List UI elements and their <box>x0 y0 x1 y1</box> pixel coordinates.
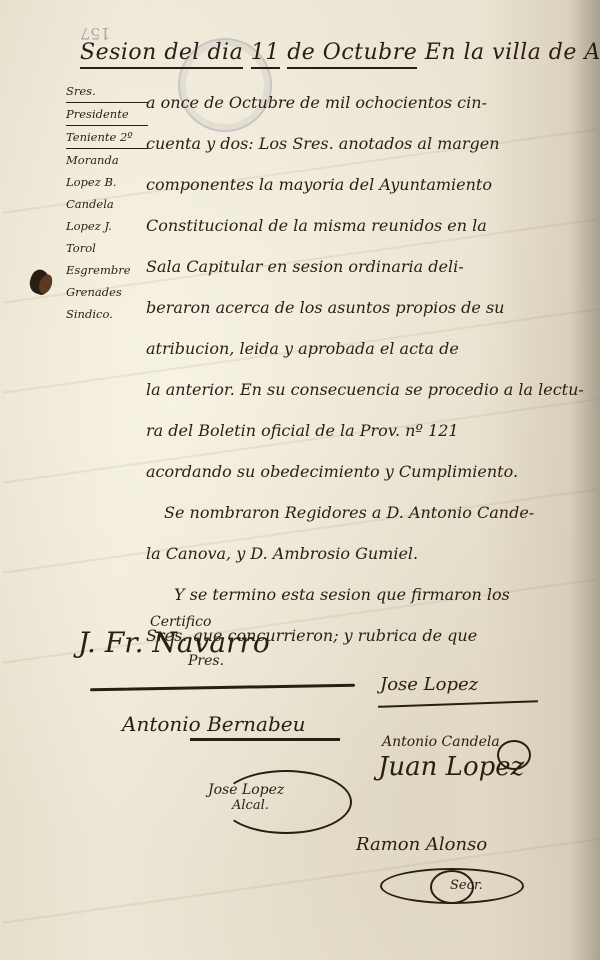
margin-item: Teniente 2º <box>66 126 148 149</box>
signature-juan-lopez: Juan Lopez <box>378 752 524 782</box>
body-line: beraron acerca de los asuntos propios de… <box>146 287 596 328</box>
session-title: Sesion del dia 11 de Octubre En la villa… <box>80 40 600 65</box>
margin-item: Grenades <box>66 281 148 303</box>
body-line: Sala Capitular en sesion ordinaria deli- <box>146 246 596 287</box>
margin-item: Candela <box>66 193 148 215</box>
signature-flourish <box>90 684 355 692</box>
body-line: Y se termino esta sesion que firmaron lo… <box>146 574 596 615</box>
signature-flourish <box>190 738 340 741</box>
signature-candela: Antonio Candela <box>382 734 500 750</box>
body-line: a once de Octubre de mil ochocientos cin… <box>146 82 596 123</box>
title-day: 11 <box>251 40 280 69</box>
signature-name: Jose Lopez <box>208 782 284 798</box>
signature-name: J. Fr. Navarro <box>78 626 270 659</box>
body-line: atribucion, leida y aprobada el acta de <box>146 328 596 369</box>
minutes-body: a once de Octubre de mil ochocientos cin… <box>146 82 596 656</box>
signature-secretary: Ramon Alonso Secr. <box>356 834 487 855</box>
signature-name: Ramon Alonso <box>356 834 487 855</box>
margin-item: Torol <box>66 237 148 259</box>
margin-item: Lopez B. <box>66 171 148 193</box>
signature-role: Alcal. <box>232 798 284 813</box>
margin-item: Lopez J. <box>66 215 148 237</box>
margin-item: Presidente <box>66 103 148 126</box>
title-part1: Sesion del dia <box>80 40 243 69</box>
body-line: componentes la mayoria del Ayuntamiento <box>146 164 596 205</box>
body-line: la Canova, y D. Ambrosio Gumiel. <box>146 533 596 574</box>
manuscript-page: 157 Sesion del dia 11 de Octubre En la v… <box>0 0 600 960</box>
margin-item: Esgrembre <box>66 259 148 281</box>
signature-bernabeu: Antonio Bernabeu <box>122 712 306 736</box>
signature-jose-lopez: Jose Lopez <box>380 674 478 695</box>
signature-flourish <box>430 870 474 904</box>
margin-item: Moranda <box>66 149 148 171</box>
title-continuation: En la villa de Aspe <box>425 40 600 65</box>
margin-item: Sindico. <box>66 303 148 325</box>
body-line: acordando su obedecimiento y Cumplimient… <box>146 451 596 492</box>
body-line: cuenta y dos: Los Sres. anotados al marg… <box>146 123 596 164</box>
body-line: Se nombraron Regidores a D. Antonio Cand… <box>146 492 596 533</box>
body-line: la anterior. En su consecuencia se proce… <box>146 369 596 410</box>
margin-attendees: Sres. Presidente Teniente 2º Moranda Lop… <box>66 80 148 325</box>
title-part2: de Octubre <box>287 40 417 69</box>
body-line: Constitucional de la misma reunidos en l… <box>146 205 596 246</box>
signature-flourish <box>378 700 538 708</box>
signature-alcalde: Jose Lopez Alcal. <box>208 782 284 813</box>
margin-item: Sres. <box>66 80 148 103</box>
signature-president: J. Fr. Navarro Pres. <box>78 626 270 669</box>
ink-blot <box>26 267 53 296</box>
body-line: ra del Boletin oficial de la Prov. nº 12… <box>146 410 596 451</box>
